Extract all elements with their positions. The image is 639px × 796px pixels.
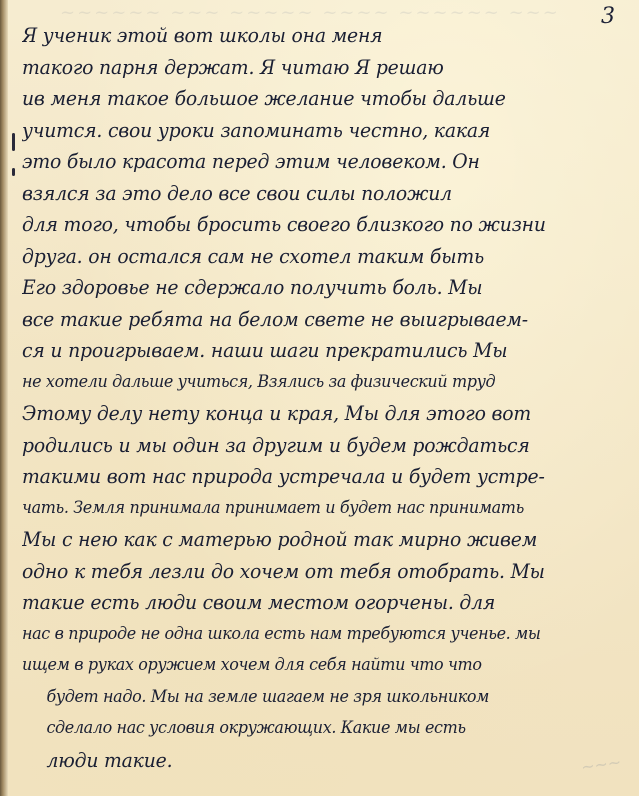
text-line: родились и мы один за другим и будем рож… — [22, 430, 589, 462]
page-binding-edge — [0, 0, 8, 796]
handwritten-body: Я ученик этой вот школы она меня такого … — [22, 20, 625, 776]
text-line: такими вот нас природа устречала и будет… — [22, 461, 589, 493]
margin-mark — [12, 168, 15, 176]
text-line: будет надо. Мы на земле шагаем не зря шк… — [22, 682, 589, 714]
text-line: нас в природе не одна школа есть нам тре… — [22, 619, 589, 651]
text-line: Этому делу нету конца и края, Мы для это… — [22, 398, 589, 430]
text-line: такие есть люди своим местом огорчены. д… — [22, 587, 589, 619]
text-line: сделало нас условия окружающих. Какие мы… — [22, 713, 589, 745]
text-line: взялся за это дело все свои силы положил — [22, 178, 589, 210]
text-line: для того, чтобы бросить своего близкого … — [22, 209, 589, 241]
text-line: не хотели дальше учиться, Взялись за физ… — [22, 367, 589, 399]
text-line: Я ученик этой вот школы она меня — [22, 20, 589, 52]
text-line: чать. Земля принимала принимает и будет … — [22, 493, 589, 525]
text-line: учится. свои уроки запоминать честно, ка… — [22, 115, 589, 147]
text-line: такого парня держат. Я читаю Я решаю — [22, 52, 589, 84]
text-line: люди такие. — [22, 745, 589, 777]
text-line: ся и проигрываем. наши шаги прекратились… — [22, 335, 589, 367]
margin-mark — [12, 133, 15, 151]
text-line: ив меня такое большое желание чтобы даль… — [22, 83, 589, 115]
document-page: ~~~~~~ ~~~ ~~~~~ ~~~~ ~~~~~~ ~~~ 3 Я уче… — [0, 0, 639, 796]
text-line: Его здоровье не сдержало получить боль. … — [22, 272, 589, 304]
text-line: друга. он остался сам не схотел таким бы… — [22, 241, 589, 273]
text-line: Мы с нею как с матерью родной так мирно … — [22, 524, 589, 556]
text-line: это было красота перед этим человеком. О… — [22, 146, 589, 178]
text-line: ищем в руках оружием хочем для себя найт… — [22, 650, 589, 682]
text-line: одно к тебя лезли до хочем от тебя отобр… — [22, 556, 589, 588]
text-line: все такие ребята на белом свете не выигр… — [22, 304, 589, 336]
